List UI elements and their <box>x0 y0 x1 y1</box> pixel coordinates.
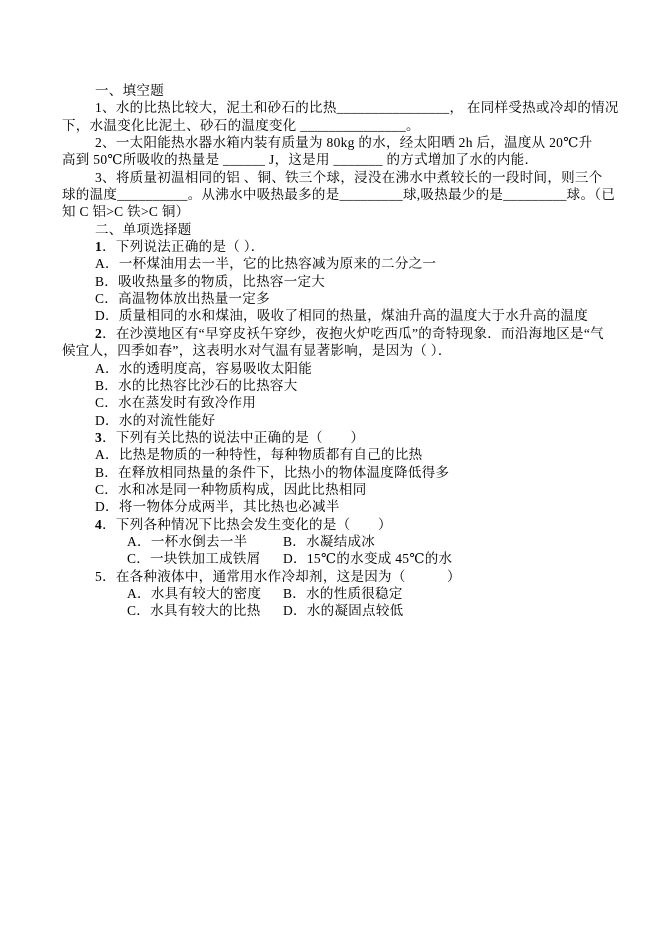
text-line: B．水的比热容比沙石的比热容大 <box>62 377 607 394</box>
option-cell: A．水具有较大的密度 <box>127 585 283 602</box>
option-cell: B．水的性质很稳定 <box>283 585 403 602</box>
option-row: C．水具有较大的比热D．水的凝固点较低 <box>62 602 607 619</box>
text-line: A．一杯煤油用去一半，它的比热容减为原来的二分之一 <box>62 255 607 272</box>
text-line: 候宜人，四季如春”，这表明水对气温有显著影响，是因为（ ）． <box>62 342 607 359</box>
question-line: 4．下列各种情况下比热会发生变化的是（ ） <box>62 516 607 533</box>
option-cell: D．水的凝固点较低 <box>283 602 403 619</box>
text-line: 1、水的比热比较大，泥土和砂石的比热________________， 在同样受… <box>62 99 607 116</box>
document-content: 一、填空题1、水的比热比较大，泥土和砂石的比热________________，… <box>62 82 607 620</box>
question-line: 1．下列说法正确的是（ ）． <box>62 238 607 255</box>
option-row: A．一杯水倒去一半B．水凝结成冰 <box>62 533 607 550</box>
question-text: ．在各种液体中，通常用水作冷却剂，这是因为（ ） <box>102 569 461 584</box>
question-number: 5 <box>95 569 102 584</box>
question-line: 5．在各种液体中，通常用水作冷却剂，这是因为（ ） <box>62 568 607 585</box>
section-heading: 二、单项选择题 <box>62 221 607 238</box>
text-line: C．水和冰是同一种物质构成，因此比热相同 <box>62 481 607 498</box>
question-text: ．下列有关比热的说法中正确的是（ ） <box>102 430 364 445</box>
option-row: C．一块铁加工成铁屑D．15℃的水变成 45℃的水 <box>62 550 607 567</box>
question-text: ．在沙漠地区有“早穿皮袄午穿纱，夜抱火炉吃西瓜”的奇特现象．而沿海地区是“气 <box>102 326 604 341</box>
option-cell: B．水凝结成冰 <box>283 533 375 550</box>
text-line: D．将一物体分成两半，其比热也必减半 <box>62 498 607 515</box>
document-page: 一、填空题1、水的比热比较大，泥土和砂石的比热________________，… <box>0 0 661 935</box>
option-cell: C．一块铁加工成铁屑 <box>127 550 283 567</box>
text-line: 下，水温变化比泥土、砂石的温度变化 _______________。 <box>62 117 607 134</box>
text-line: 球的温度__________。从沸水中吸热最多的是_________球,吸热最少… <box>62 186 607 203</box>
text-line: 2、一太阳能热水器水箱内装有质量为 80kg 的水，经太阳晒 2h 后，温度从 … <box>62 134 607 151</box>
question-line: 2．在沙漠地区有“早穿皮袄午穿纱，夜抱火炉吃西瓜”的奇特现象．而沿海地区是“气 <box>62 325 607 342</box>
text-line: B．在释放相同热量的条件下，比热小的物体温度降低得多 <box>62 464 607 481</box>
question-text: ．下列说法正确的是（ ）． <box>102 239 265 254</box>
option-row: A．水具有较大的密度B．水的性质很稳定 <box>62 585 607 602</box>
question-text: ．下列各种情况下比热会发生变化的是（ ） <box>102 517 392 532</box>
text-line: D．水的对流性能好 <box>62 412 607 429</box>
text-line: C．水在蒸发时有致冷作用 <box>62 394 607 411</box>
text-line: A．水的透明度高，容易吸收太阳能 <box>62 360 607 377</box>
text-line: D．质量相同的水和煤油，吸收了相同的热量，煤油升高的温度大于水升高的温度 <box>62 307 607 324</box>
option-cell: D．15℃的水变成 45℃的水 <box>283 550 452 567</box>
section-heading: 一、填空题 <box>62 82 607 99</box>
question-line: 3．下列有关比热的说法中正确的是（ ） <box>62 429 607 446</box>
text-line: B．吸收热量多的物质，比热容一定大 <box>62 273 607 290</box>
text-line: 高到 50℃所吸收的热量是 ______ J，这是用 _______ 的方式增加… <box>62 151 607 168</box>
option-cell: C．水具有较大的比热 <box>127 602 283 619</box>
question-number: 4 <box>95 517 102 532</box>
text-line: A．比热是物质的一种特性，每种物质都有自己的比热 <box>62 446 607 463</box>
option-cell: A．一杯水倒去一半 <box>127 533 283 550</box>
question-number: 2 <box>95 326 102 341</box>
text-line: 3、将质量初温相同的铝 、铜、铁三个球，浸没在沸水中煮较长的一段时间，则三个 <box>62 169 607 186</box>
question-number: 1 <box>95 239 102 254</box>
question-number: 3 <box>95 430 102 445</box>
text-line: 知 C 铝>C 铁>C 铜） <box>62 203 607 220</box>
text-line: C．高温物体放出热量一定多 <box>62 290 607 307</box>
